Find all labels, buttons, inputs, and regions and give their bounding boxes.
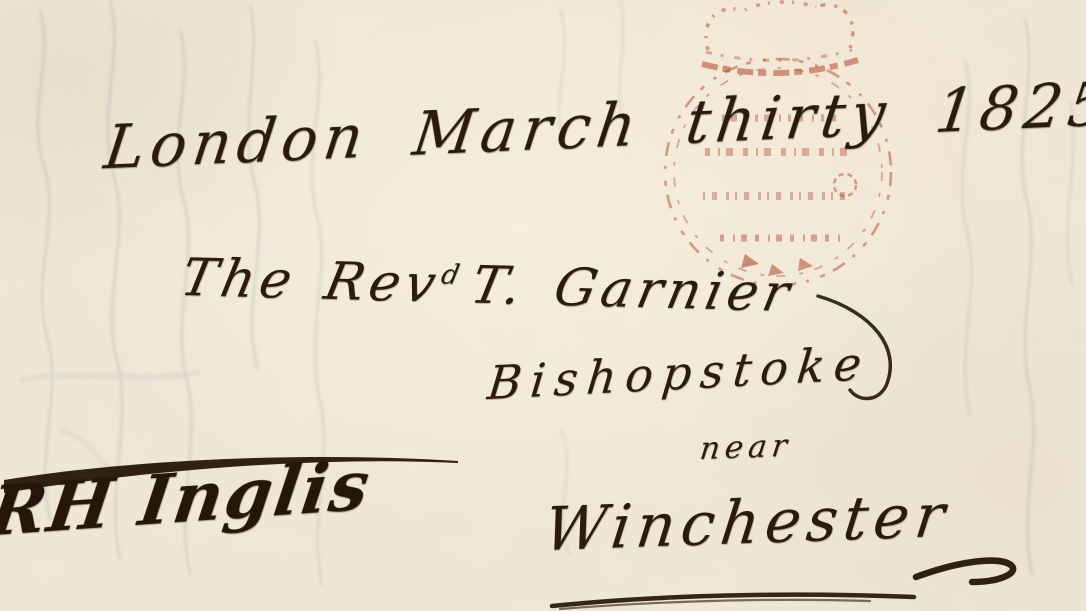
recipient-line: The RevdT. Garnier bbox=[177, 252, 799, 320]
address-connector: near bbox=[698, 431, 793, 465]
recipient-name: T. Garnier bbox=[466, 256, 799, 324]
address-town: Winchester bbox=[541, 486, 953, 560]
letter-front: London March thirty 1825 The RevdT. Garn… bbox=[0, 0, 1086, 611]
recipient-prefix: The Rev bbox=[176, 248, 446, 314]
